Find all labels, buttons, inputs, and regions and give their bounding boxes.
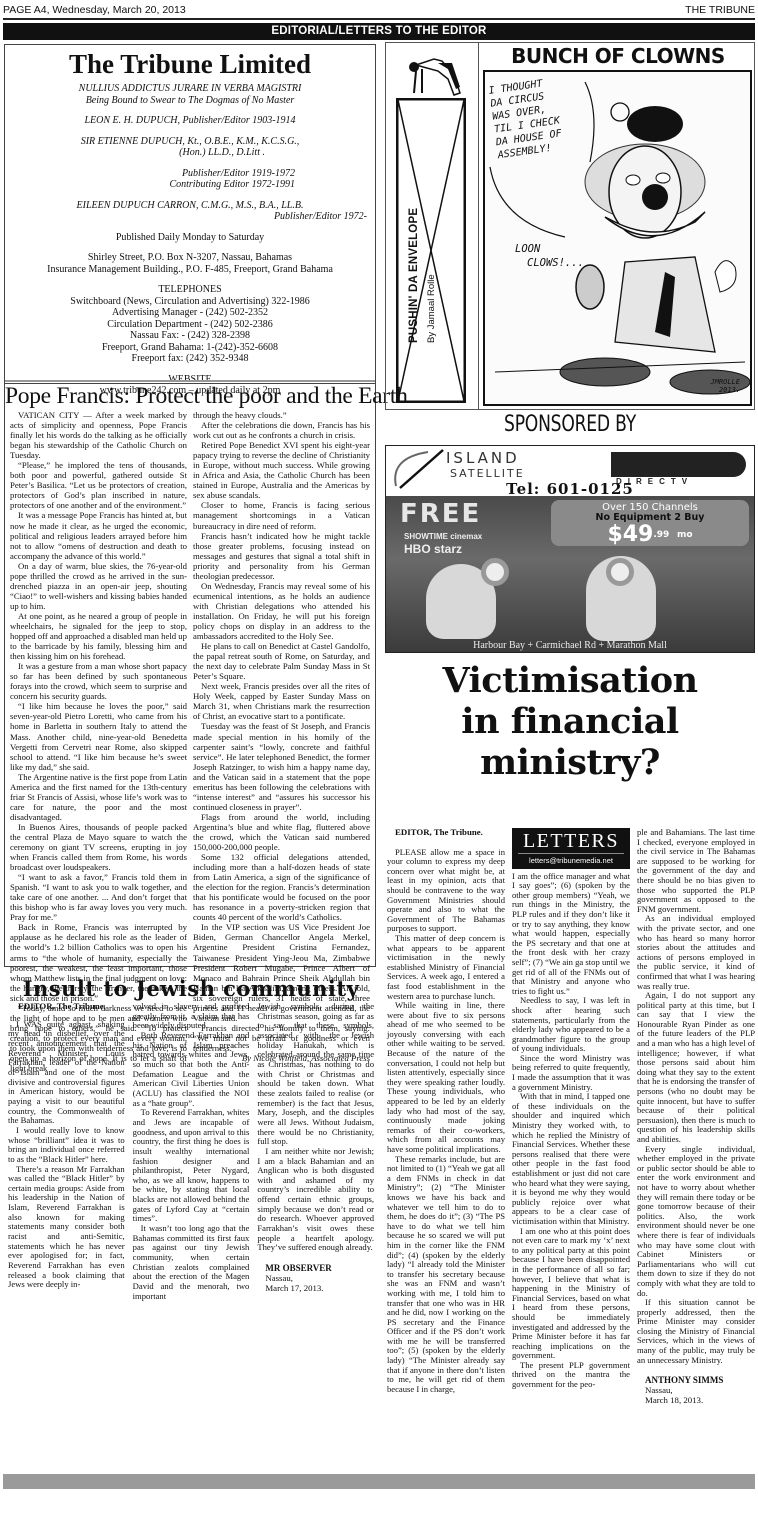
motto-english: Being Bound to Swear to The Dogmas of No… <box>5 95 375 107</box>
paragraph: Jewish symbols, during the Christmas sea… <box>257 1002 374 1147</box>
paragraph: Some 132 official delegations attended, … <box>193 852 370 922</box>
directv-logo-icon <box>611 452 746 477</box>
paper-name: THE TRIBUNE <box>685 4 755 16</box>
cartoonist-signature: JMROLLE 2013. <box>710 378 740 394</box>
paragraph: These remarks include, but are not limit… <box>387 1155 505 1395</box>
ad-brand-strip: ISLAND SATELLITE DIRECTV Tel: 601-0125 <box>386 446 754 496</box>
paragraph: Every single individual, whether employe… <box>637 1145 755 1299</box>
etienne-credit: SIR ETIENNE DUPUCH, Kt., O.B.E., K.M., K… <box>5 136 375 148</box>
network-line: HBO starz <box>404 543 482 555</box>
masthead-title: The Tribune Limited <box>5 49 375 79</box>
victimisation-headline: Victimisation in financial ministry? <box>382 660 758 783</box>
price-unit: mo <box>677 530 693 540</box>
headline-line: ministry? <box>382 742 758 783</box>
page-header: PAGE A4, Wednesday, March 20, 2013 THE T… <box>3 2 755 20</box>
strip-title: PUSHIN' DA ENVELOPE <box>408 208 420 343</box>
paragraph: Flags from around the world, including A… <box>193 812 370 852</box>
pope-article: Pope Francis: Protect the poor and the E… <box>4 380 376 967</box>
cartoon-title: BUNCH OF CLOWNS <box>483 44 753 68</box>
insult-column-3: Jewish symbols, during the Christmas sea… <box>257 1002 374 1301</box>
signature-block: MR OBSERVER Nassau, March 17, 2013. <box>257 1263 374 1293</box>
paragraph: I am one who at this point does not even… <box>512 1227 630 1361</box>
signature-line: JMROLLE <box>710 378 740 386</box>
salutation: EDITOR, The Tribune. <box>8 1002 125 1012</box>
paragraph: “I want to ask a favor,” Francis told th… <box>10 872 187 922</box>
paragraph: On a day of warm, blue skies, the 76-yea… <box>10 561 187 611</box>
signature-name: ANTHONY SIMMS <box>645 1375 723 1385</box>
pushin-da-envelope-strip: PUSHIN' DA ENVELOPE By Jamaal Rolle <box>386 43 479 409</box>
ad-telephone: Tel: 601-0125 <box>386 481 754 497</box>
paragraph: This matter of deep concern is what appe… <box>387 934 505 1001</box>
loon-caption: LOON CLOWS!... <box>515 242 584 270</box>
price-cents: .99 <box>653 530 669 540</box>
free-label: FREE <box>400 499 481 529</box>
cartoon-panel: I THOUGHT DA CIRCUS WAS OVER, TIL I CHEC… <box>483 70 752 406</box>
paragraph: It wasn’t too long ago that the Bahamas … <box>133 1224 250 1301</box>
phone-line: Switchboard (News, Circulation and Adver… <box>5 296 375 308</box>
paragraph: Needless to say, I was left in shock aft… <box>512 996 630 1054</box>
paragraph: I am the office manager and what I say g… <box>512 872 630 997</box>
headline-line: Victimisation <box>382 660 758 701</box>
paragraph: He plans to call on Benedict at Castel G… <box>193 641 370 681</box>
signature-block: ANTHONY SIMMS Nassau, March 18, 2013. <box>637 1375 755 1405</box>
phone-line: Freeport fax: (242) 352-9348 <box>5 353 375 365</box>
paragraph: “Please,” he implored the tens of thousa… <box>10 460 187 510</box>
paragraph: ple and Bahamians. The last time I check… <box>637 828 755 914</box>
paragraph: Since the word Ministry was being referr… <box>512 1054 630 1092</box>
phone-line: Circulation Department - (242) 502-2386 <box>5 319 375 331</box>
pope-column-1: VATICAN CITY — After a week marked by ac… <box>10 410 187 1073</box>
paragraph: While waiting in line, there were about … <box>387 1001 505 1155</box>
headline-line: in financial <box>382 701 758 742</box>
victimisation-letter: EDITOR, The Tribune. PLEASE allow me a s… <box>387 828 755 1488</box>
letter-column-1: EDITOR, The Tribune. PLEASE allow me a s… <box>387 828 505 1488</box>
letters-email[interactable]: letters@tribunemedia.net <box>518 853 624 866</box>
published-note: Published Daily Monday to Saturday <box>5 232 375 244</box>
island-satellite-ad[interactable]: ISLAND SATELLITE DIRECTV Tel: 601-0125 F… <box>385 445 755 653</box>
paragraph: If this situation cannot be properly add… <box>637 1298 755 1365</box>
signature-date: March 17, 2013. <box>265 1283 374 1293</box>
brand-satellite: SATELLITE <box>450 467 525 480</box>
cartoon-block: PUSHIN' DA ENVELOPE By Jamaal Rolle BUNC… <box>385 42 755 410</box>
address-freeport: Insurance Management Building., P.O. F-4… <box>5 264 375 276</box>
ad-promo-area: FREE SHOWTIME cinemax HBO starz Over 150… <box>386 496 754 653</box>
paragraph: Again, I do not support any political pa… <box>637 991 755 1145</box>
paragraph: Tuesday was the feast of St Joseph, and … <box>193 721 370 811</box>
paragraph: Retired Pope Benedict XVI spent his eigh… <box>193 440 370 500</box>
signature-name: MR OBSERVER <box>265 1263 331 1273</box>
loon-line: CLOWS!... <box>515 256 584 270</box>
paragraph: I would really love to know whose “brill… <box>8 1126 125 1165</box>
store-locations: Harbour Bay + Carmichael Rd + Marathon M… <box>386 640 754 651</box>
page-date: PAGE A4, Wednesday, March 20, 2013 <box>3 4 186 16</box>
paragraph: Both Reverend Farrakhan and his Nation o… <box>133 1031 250 1108</box>
loon-line: LOON <box>515 242 584 256</box>
paragraph: It was a gesture from a man whose short … <box>10 661 187 701</box>
paragraph: There’s a reason Mr Farrakhan was called… <box>8 1165 125 1291</box>
insult-headline: Insult to Jewish community <box>4 975 378 1002</box>
footer-bar <box>3 1474 755 1489</box>
strip-author: By Jamaal Rolle <box>426 274 437 343</box>
insult-column-1: EDITOR, The Tribune. I WAS quite aghast,… <box>8 1002 125 1301</box>
signature-place: Nassau, <box>265 1273 374 1283</box>
paragraph: Francis hasn’t indicated how he might ta… <box>193 531 370 581</box>
letters-box-title: LETTERS <box>512 830 630 852</box>
paragraph: As an individual employed with the priva… <box>637 914 755 991</box>
premium-networks: SHOWTIME cinemax HBO starz <box>404 531 482 555</box>
insult-letter: Insult to Jewish community EDITOR, The T… <box>4 975 378 1485</box>
signature-place: Nassau, <box>645 1385 755 1395</box>
sponsored-by-label: SPONSORED BY <box>426 410 715 440</box>
paragraph: To Reverend Farrakhan, whites and Jews a… <box>133 1108 250 1224</box>
letter-column-3: ple and Bahamians. The last time I check… <box>637 828 755 1488</box>
brand-island: ISLAND <box>446 451 520 466</box>
telephones-label: TELEPHONES <box>5 284 375 296</box>
paragraph: I WAS quite aghast, shaking my head in d… <box>8 1020 125 1126</box>
paragraph: PLEASE allow me a space in your column t… <box>387 848 505 934</box>
paragraph: At one point, as he neared a group of pe… <box>10 611 187 661</box>
phone-line: Nassau Fax: - (242) 328-2398 <box>5 330 375 342</box>
letters-box: LETTERS letters@tribunemedia.net <box>512 828 630 869</box>
paragraph: In Buenos Aires, thousands of people pac… <box>10 822 187 872</box>
paragraph: With that in mind, I tapped one of these… <box>512 1092 630 1226</box>
leaning-man-icon <box>404 53 464 99</box>
paragraph: VATICAN CITY — After a week marked by ac… <box>10 410 187 460</box>
signature-line: 2013. <box>710 386 740 394</box>
paragraph: “I like him because he loves the poor,” … <box>10 701 187 771</box>
paragraph: On Wednesday, Francis may reveal some of… <box>193 581 370 641</box>
clown-illustration-icon <box>485 72 752 406</box>
price-main: $49 <box>607 522 653 547</box>
eileen-credit: EILEEN DUPUCH CARRON, C.M.G., M.S., B.A.… <box>5 200 375 212</box>
motto-latin: NULLIUS ADDICTUS JURARE IN VERBA MAGISTR… <box>5 83 375 95</box>
salutation: EDITOR, The Tribune. <box>387 828 505 838</box>
goggle-icon <box>481 558 509 586</box>
offer-price: $49.99 mo <box>551 523 749 547</box>
leon-credit: LEON E. H. DUPUCH, Publisher/Editor 1903… <box>5 115 375 127</box>
goggle-icon <box>606 558 634 586</box>
paragraph: Next week, Francis presides over all the… <box>193 681 370 721</box>
envelope-graphic <box>396 98 466 403</box>
paragraph: volved in slavery and profited greatly f… <box>133 1002 250 1031</box>
phone-line: Freeport, Grand Bahama: 1-(242)-352-6608 <box>5 342 375 354</box>
signature-date: March 18, 2013. <box>645 1395 755 1405</box>
eileen-credit-2: Publisher/Editor 1972- <box>5 211 375 223</box>
letter-column-2: LETTERS letters@tribunemedia.net I am th… <box>512 828 630 1488</box>
phone-line: Advertising Manager - (242) 502-2352 <box>5 307 375 319</box>
paragraph: The present PLP government thrived on th… <box>512 1361 630 1390</box>
pope-column-2: through the heavy clouds.” After the cel… <box>193 410 370 1073</box>
price-offer: Over 150 Channels No Equipment 2 Buy $49… <box>551 500 749 546</box>
address-nassau: Shirley Street, P.O. Box N-3207, Nassau,… <box>5 252 375 264</box>
paragraph: After the celebrations die down, Francis… <box>193 420 370 440</box>
etienne-credit-2: (Hon.) LL.D., D.Litt . <box>5 147 375 159</box>
insult-column-2: volved in slavery and profited greatly f… <box>133 1002 250 1301</box>
section-banner: EDITORIAL/LETTERS TO THE EDITOR <box>3 23 755 40</box>
etienne-credit-4: Contributing Editor 1972-1991 <box>5 179 375 191</box>
paragraph: through the heavy clouds.” <box>193 410 370 420</box>
masthead-box: The Tribune Limited NULLIUS ADDICTUS JUR… <box>4 44 376 384</box>
paragraph: It was a message Pope Francis has hinted… <box>10 510 187 560</box>
paragraph: I am neither white nor Jewish; I am a bl… <box>257 1147 374 1253</box>
etienne-credit-3: Publisher/Editor 1919-1972 <box>5 168 375 180</box>
paragraph: The Argentine native is the first pope f… <box>10 772 187 822</box>
pope-headline: Pope Francis: Protect the poor and the E… <box>5 380 375 410</box>
paragraph: Closer to home, Francis is facing seriou… <box>193 500 370 530</box>
